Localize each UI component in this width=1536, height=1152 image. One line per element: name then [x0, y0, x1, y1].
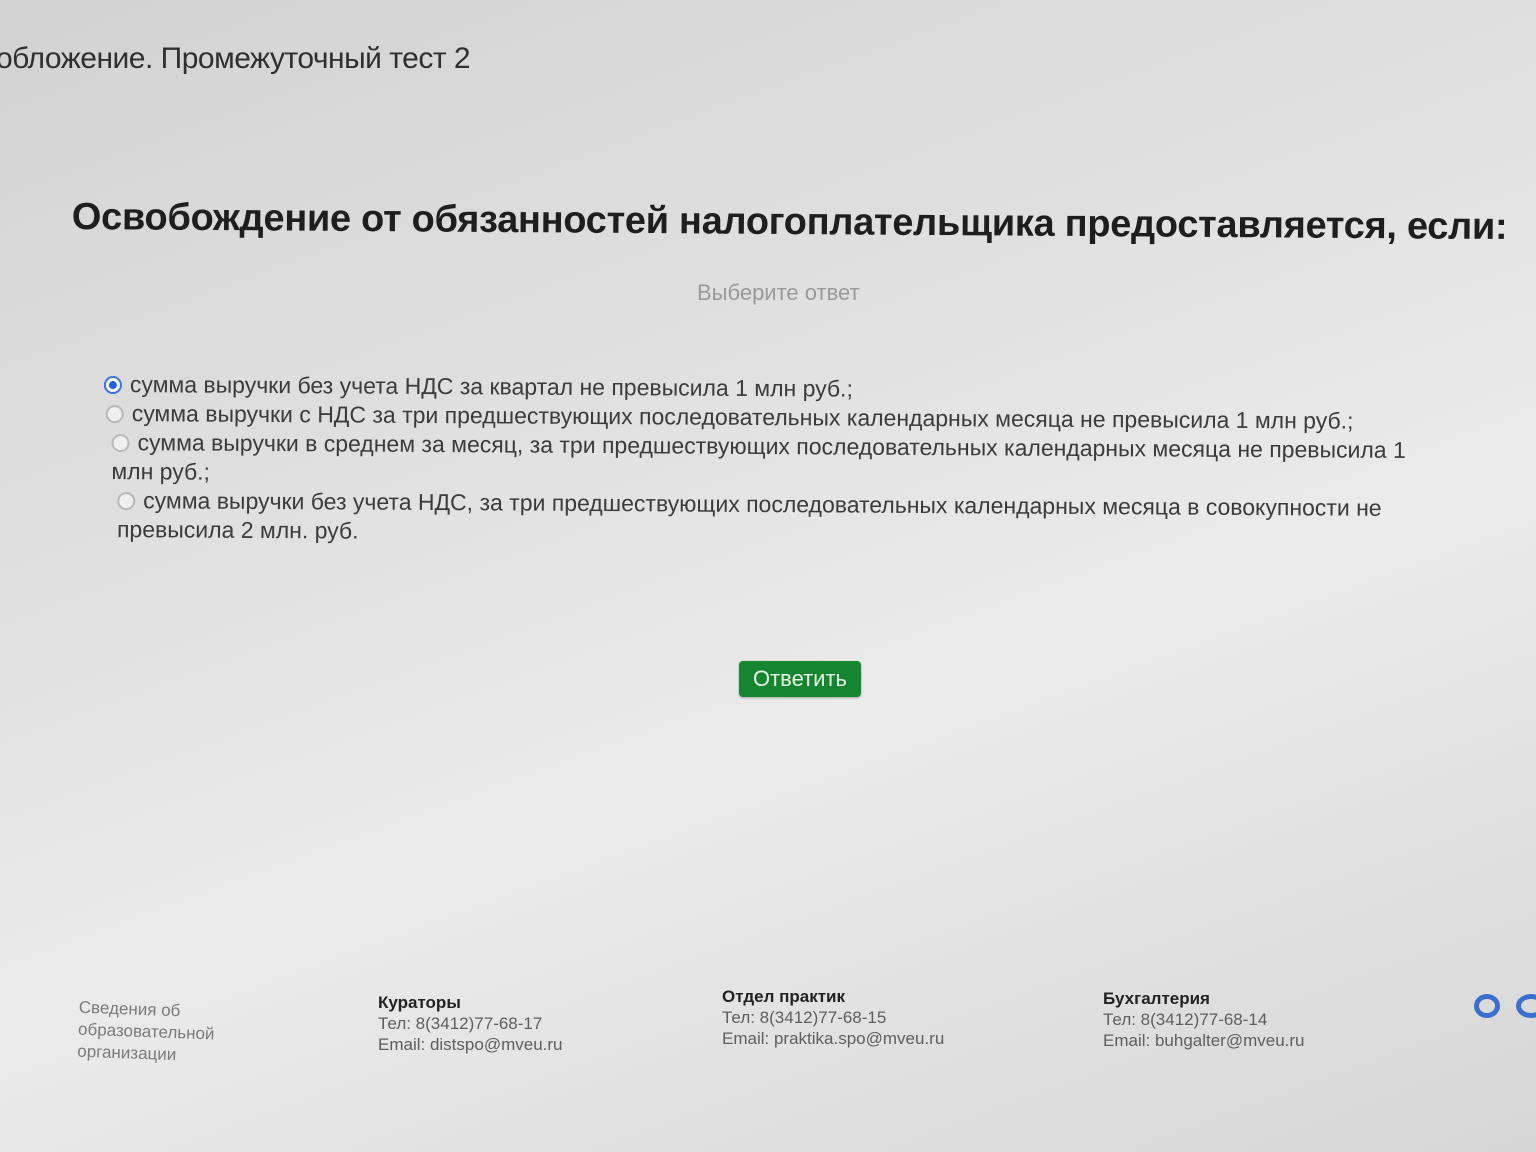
answer-label: сумма выручки в среднем за месяц, за три… [111, 429, 1406, 484]
footer: Сведения об образовательной организации … [0, 980, 1536, 1080]
footer-practice: Отдел практик Тел: 8(3412)77-68-15 Email… [722, 986, 944, 1049]
practice-email[interactable]: Email: praktika.spo@mveu.ru [722, 1028, 944, 1049]
org-info-link[interactable]: Сведения об образовательной организации [77, 997, 269, 1070]
accounting-phone: Тел: 8(3412)77-68-14 [1103, 1009, 1305, 1030]
question-text: Освобождение от обязанностей налогоплате… [72, 196, 1512, 249]
footer-accounting: Бухгалтерия Тел: 8(3412)77-68-14 Email: … [1103, 988, 1305, 1051]
accounting-email[interactable]: Email: buhgalter@mveu.ru [1103, 1030, 1305, 1051]
radio-selected-icon[interactable] [104, 376, 122, 394]
vk-icon[interactable] [1474, 994, 1500, 1018]
practice-phone: Тел: 8(3412)77-68-15 [722, 1007, 944, 1028]
answer-label: сумма выручки без учета НДС за квартал н… [130, 371, 853, 401]
footer-curators: Кураторы Тел: 8(3412)77-68-17 Email: dis… [378, 992, 563, 1055]
answer-option-3[interactable]: сумма выручки в среднем за месяц, за три… [111, 428, 1443, 494]
practice-title: Отдел практик [722, 986, 944, 1007]
test-title: обложение. Промежуточный тест 2 [0, 42, 470, 76]
accounting-title: Бухгалтерия [1103, 988, 1305, 1009]
radio-icon[interactable] [111, 434, 129, 452]
answer-options: сумма выручки без учета НДС за квартал н… [103, 370, 1444, 552]
curators-email[interactable]: Email: distspo@mveu.ru [378, 1034, 563, 1055]
social-icon[interactable] [1516, 994, 1536, 1018]
answer-option-4[interactable]: сумма выручки без учета НДС, за три пред… [117, 486, 1443, 552]
answer-hint: Выберите ответ [697, 280, 860, 306]
radio-icon[interactable] [106, 405, 124, 423]
answer-label: сумма выручки без учета НДС, за три пред… [117, 487, 1382, 543]
curators-title: Кураторы [378, 992, 563, 1013]
curators-phone: Тел: 8(3412)77-68-17 [378, 1013, 563, 1034]
submit-answer-button[interactable]: Ответить [739, 661, 861, 697]
radio-icon[interactable] [117, 492, 135, 510]
